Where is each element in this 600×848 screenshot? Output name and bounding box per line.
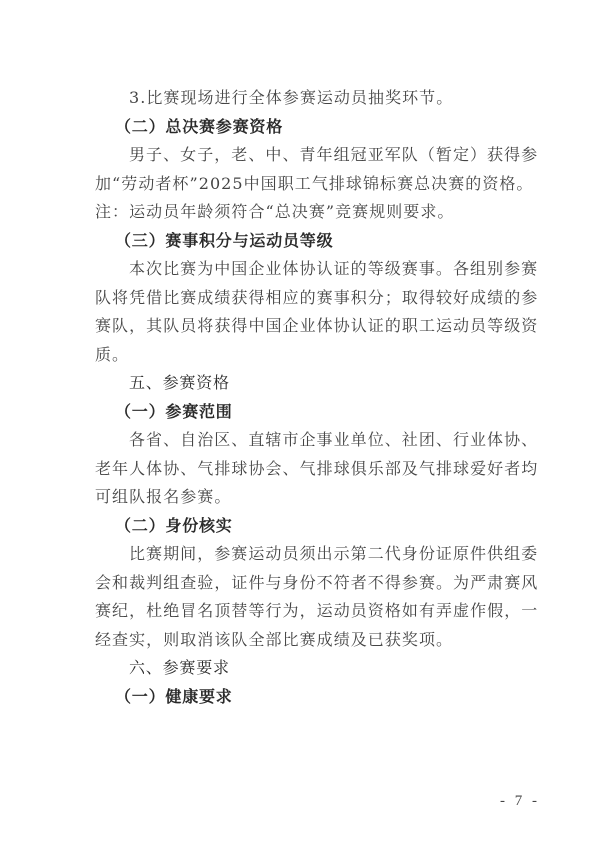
paragraph-line: 男子、女子，老、中、青年组冠亚军队（暂定）获得参 [95,141,511,170]
paragraph-lottery: 3.比赛现场进行全体参赛运动员抽奖环节。 [95,84,511,113]
paragraph-line: 各省、自治区、直辖市企事业单位、社团、行业体协、 [95,426,511,455]
paragraph-line: 比赛期间，参赛运动员须出示第二代身份证原件供组委 [95,540,511,569]
paragraph-line: 赛纪，杜绝冒名顶替等行为，运动员资格如有弄虚作假，一 [95,597,511,626]
page-number: - 7 - [500,793,540,810]
heading-scope: （一）参赛范围 [95,398,511,427]
heading-finals-qualification: （二）总决赛参赛资格 [95,113,511,142]
section-heading-requirements: 六、参赛要求 [95,654,511,683]
paragraph-line: 赛队，其队员将获得中国企业体协认证的职工运动员等级资 [95,312,511,341]
heading-health-requirements: （一）健康要求 [95,683,511,712]
paragraph-line: 可组队报名参赛。 [95,483,511,512]
heading-identity-verification: （二）身份核实 [95,512,511,541]
paragraph-line: 质。 [95,341,511,370]
section-heading-eligibility: 五、参赛资格 [95,369,511,398]
paragraph-line: 本次比赛为中国企业体协认证的等级赛事。各组别参赛 [95,255,511,284]
paragraph-line: 队将凭借比赛成绩获得相应的赛事积分；取得较好成绩的参 [95,284,511,313]
paragraph-line: 加“劳动者杯”2025中国职工气排球锦标赛总决赛的资格。 [95,170,511,199]
heading-points-and-levels: （三）赛事积分与运动员等级 [95,227,511,256]
paragraph-line: 会和裁判组查验，证件与身份不符者不得参赛。为严肃赛风 [95,569,511,598]
paragraph-line: 老年人体协、气排球协会、气排球俱乐部及气排球爱好者均 [95,455,511,484]
paragraph-line: 经查实，则取消该队全部比赛成绩及已获奖项。 [95,626,511,655]
document-page: 3.比赛现场进行全体参赛运动员抽奖环节。 （二）总决赛参赛资格 男子、女子，老、… [95,84,511,711]
paragraph-line: 注：运动员年龄须符合“总决赛”竞赛规则要求。 [95,198,511,227]
